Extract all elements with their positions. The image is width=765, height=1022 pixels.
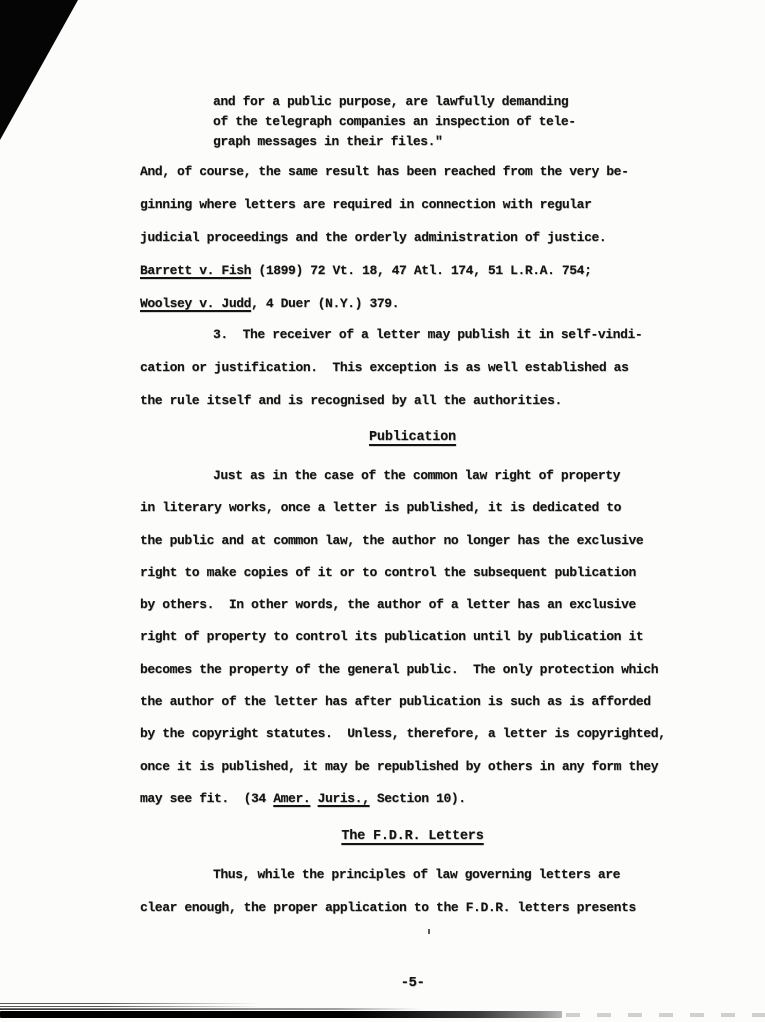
text-line: the public and at common law, the author…: [140, 525, 685, 557]
case-name-woolsey: Woolsey v. Judd: [140, 296, 251, 311]
text-line-case-citation: Woolsey v. Judd, 4 Duer (N.Y.) 379.: [140, 287, 685, 320]
blockquote: and for a public purpose, are lawfully d…: [213, 92, 683, 152]
citation-amer: Amer.: [273, 791, 310, 806]
paragraph-self-vindication: 3. The receiver of a letter may publish …: [140, 318, 685, 417]
text-line: and for a public purpose, are lawfully d…: [213, 92, 683, 112]
text-line: 3. The receiver of a letter may publish …: [140, 318, 685, 351]
text-line: becomes the property of the general publ…: [140, 654, 685, 686]
citation-post: Section 10).: [369, 791, 465, 806]
text-line: And, of course, the same result has been…: [140, 155, 685, 188]
scan-artifact-bottom-bar: [0, 1011, 562, 1018]
text-line-case-citation: Barrett v. Fish (1899) 72 Vt. 18, 47 Atl…: [140, 254, 685, 287]
citation-juris: Juris.,: [318, 791, 370, 806]
paragraph-judicial: And, of course, the same result has been…: [140, 155, 685, 320]
document-page: and for a public purpose, are lawfully d…: [0, 0, 765, 1022]
text-line: right to make copies of it or to control…: [140, 557, 685, 589]
text-line: right of property to control its publica…: [140, 621, 685, 653]
citation-sep: [310, 791, 317, 806]
text-line: the author of the letter has after publi…: [140, 686, 685, 718]
text-line-juris-citation: may see fit. (34 Amer. Juris., Section 1…: [140, 783, 685, 815]
text-line: Thus, while the principles of law govern…: [140, 858, 685, 891]
heading-text: The F.D.R. Letters: [341, 829, 483, 844]
text-line: graph messages in their files.": [213, 132, 683, 152]
case-citation-rest: (1899) 72 Vt. 18, 47 Atl. 174, 51 L.R.A.…: [251, 263, 591, 278]
text-line: once it is published, it may be republis…: [140, 751, 685, 783]
section-heading-publication: Publication: [140, 430, 685, 445]
citation-pre: may see fit. (34: [140, 791, 273, 806]
page-number: -5-: [140, 975, 685, 991]
scan-artifact-bottom-faint: [566, 1013, 765, 1017]
text-line: the rule itself and is recognised by all…: [140, 384, 685, 417]
case-citation-rest: , 4 Duer (N.Y.) 379.: [251, 296, 399, 311]
text-line: ginning where letters are required in co…: [140, 188, 685, 221]
text-line: of the telegraph companies an inspection…: [213, 112, 683, 132]
scan-artifact-bottom-bar-edge: [0, 1008, 420, 1010]
text-line: clear enough, the proper application to …: [140, 891, 685, 924]
paragraph-publication: Just as in the case of the common law ri…: [140, 460, 685, 815]
text-line: cation or justification. This exception …: [140, 351, 685, 384]
text-line: Just as in the case of the common law ri…: [140, 460, 685, 492]
case-name-barrett: Barrett v. Fish: [140, 263, 251, 278]
section-heading-fdr-letters: The F.D.R. Letters: [140, 829, 685, 844]
heading-text: Publication: [369, 430, 456, 445]
scan-artifact-corner-triangle: [0, 0, 78, 140]
scan-artifact-speck: [428, 929, 430, 934]
paragraph-fdr-intro: Thus, while the principles of law govern…: [140, 858, 685, 924]
text-line: by others. In other words, the author of…: [140, 589, 685, 621]
text-line: judicial proceedings and the orderly adm…: [140, 221, 685, 254]
text-line: in literary works, once a letter is publ…: [140, 492, 685, 524]
text-line: by the copyright statutes. Unless, there…: [140, 718, 685, 750]
